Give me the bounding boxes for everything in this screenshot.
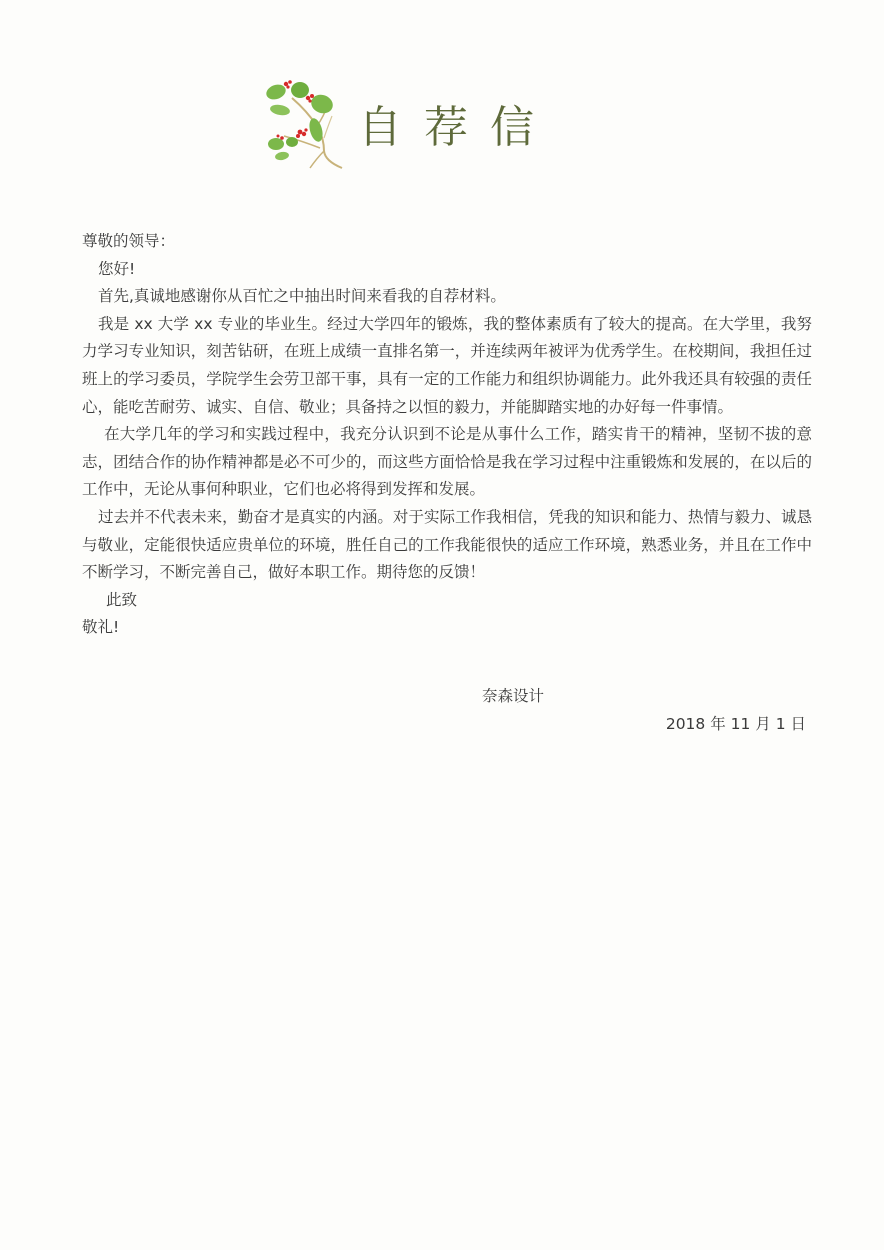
- letter-date: 2018 年 11 月 1 日: [666, 711, 806, 738]
- letter-body: 尊敬的领导： 您好! 首先,真诚地感谢你从百忙之中抽出时间来看我的自荐材料。 我…: [82, 228, 812, 642]
- paragraph-3: 在大学几年的学习和实践过程中，我充分认识到不论是从事什么工作，踏实肯干的精神，坚…: [82, 421, 812, 504]
- paragraph-1: 首先,真诚地感谢你从百忙之中抽出时间来看我的自荐材料。: [82, 283, 812, 311]
- greeting: 您好!: [82, 256, 812, 284]
- signature: 奈森设计: [482, 683, 544, 710]
- plant-branch-icon: [262, 76, 357, 176]
- paragraph-2: 我是 xx 大学 xx 专业的毕业生。经过大学四年的锻炼，我的整体素质有了较大的…: [82, 311, 812, 421]
- regards: 敬礼!: [82, 614, 812, 642]
- paragraph-4: 过去并不代表未来，勤奋才是真实的内涵。对于实际工作我相信，凭我的知识和能力、热情…: [82, 504, 812, 587]
- closing: 此致: [82, 587, 812, 615]
- page-title: 自荐信: [358, 100, 556, 156]
- salutation: 尊敬的领导：: [82, 228, 812, 256]
- letter-header: 自荐信: [262, 76, 552, 176]
